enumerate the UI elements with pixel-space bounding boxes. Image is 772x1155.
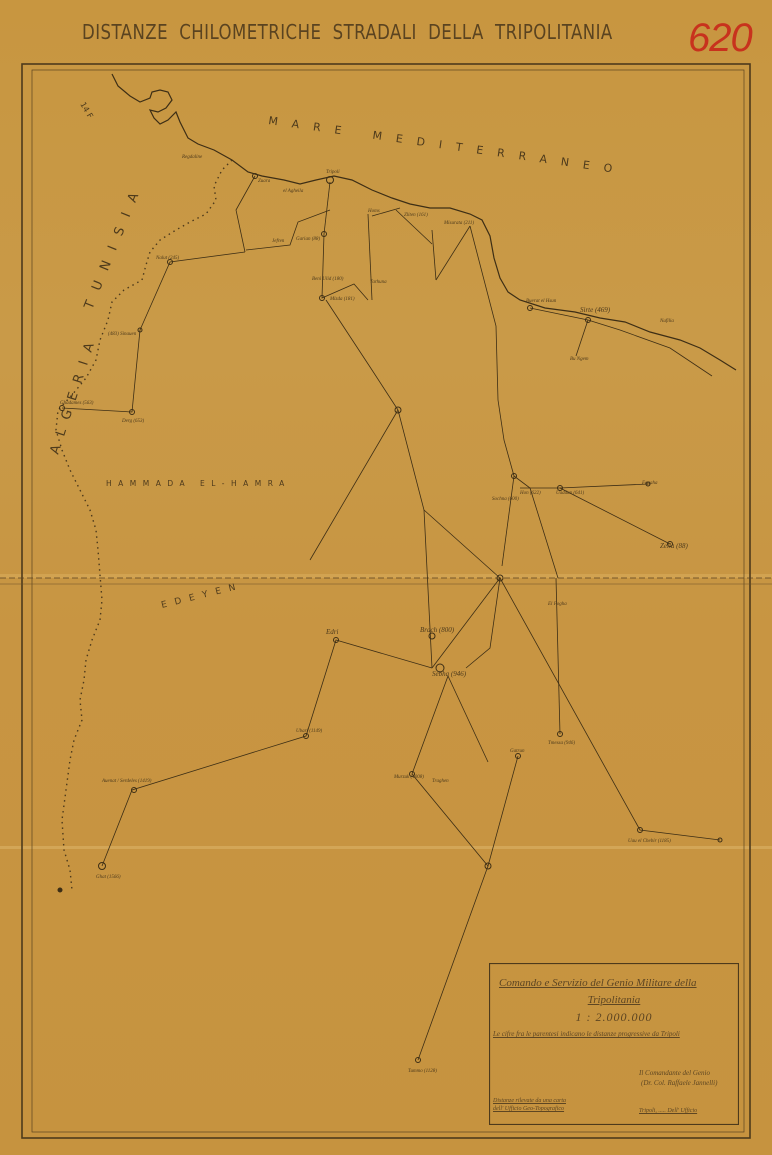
svg-text:Nufilia: Nufilia (659, 319, 674, 324)
svg-text:Regdaline: Regdaline (181, 155, 203, 160)
svg-text:Derg (653): Derg (653) (121, 419, 145, 424)
legend-scale: 1 : 2.000.000 (489, 1010, 739, 1025)
svg-text:Gatrun: Gatrun (510, 749, 525, 754)
legend-authority: Comando e Servizio del Genio Militare de… (499, 977, 697, 989)
svg-text:Sebha (946): Sebha (946) (432, 670, 467, 678)
svg-text:Jefren: Jefren (272, 239, 285, 244)
coastline (112, 74, 736, 370)
svg-text:Traghen: Traghen (432, 779, 449, 784)
plateau-label: HAMMADA EL-HAMRA (106, 479, 291, 488)
svg-text:Garian (88): Garian (88) (296, 237, 320, 242)
svg-text:Murzuk (1008): Murzuk (1008) (393, 775, 424, 780)
sand-sea-label: EDEYEN (160, 581, 244, 611)
margin-note: 14 F (78, 101, 95, 121)
svg-text:(483) Sinauen: (483) Sinauen (108, 332, 137, 337)
svg-text:Sochna (600): Sochna (600) (492, 497, 519, 502)
legend-place-date: Tripoli, ..... Dell' Ufficio (639, 1108, 697, 1114)
svg-text:Ubari (1149): Ubari (1149) (296, 729, 322, 734)
road-network (62, 176, 720, 1060)
svg-text:Bu Ngem: Bu Ngem (570, 357, 589, 362)
svg-text:Tarhuna: Tarhuna (370, 280, 387, 285)
svg-text:Tmessa (946): Tmessa (946) (548, 741, 575, 746)
svg-text:Auenat / Serdeles (1419): Auenat / Serdeles (1419) (101, 779, 152, 784)
sea-label: MARE MEDITERRANEO (268, 114, 627, 177)
legend-source-1: Distanze rilevate da una carta (493, 1098, 566, 1104)
svg-text:Ghat (1566): Ghat (1566) (96, 875, 121, 880)
svg-text:El Fogha: El Fogha (547, 602, 567, 607)
place-markers (58, 174, 722, 1063)
svg-text:Sirte (469): Sirte (469) (580, 306, 611, 314)
place-labels: Tripoli Zuara el Agheila Regdaline Garia… (60, 155, 688, 1074)
legend-box: Comando e Servizio del Genio Militare de… (489, 963, 739, 1125)
country-label-tunisia: TUNISIA (81, 180, 146, 313)
svg-text:Uau el Chebir (1185): Uau el Chebir (1185) (628, 839, 671, 844)
svg-text:Tummo (1128): Tummo (1128) (408, 1069, 437, 1074)
svg-text:Mizda (181): Mizda (181) (329, 297, 355, 302)
svg-text:Hon (622): Hon (622) (519, 491, 541, 496)
svg-text:Zella (88): Zella (88) (660, 542, 688, 550)
svg-text:Fogaha: Fogaha (641, 481, 658, 486)
legend-signatory-name: (Dr. Col. Raffaele Jannelli) (641, 1079, 717, 1087)
svg-text:Brach (800): Brach (800) (420, 626, 455, 634)
svg-text:Zliten (161): Zliten (161) (404, 213, 428, 218)
svg-text:Misurata (211): Misurata (211) (443, 221, 474, 226)
svg-text:Zuara: Zuara (258, 179, 271, 184)
svg-text:Tripoli: Tripoli (326, 170, 340, 175)
legend-signatory-title: Il Comandante del Genio (639, 1069, 710, 1077)
svg-text:Nalut (245): Nalut (245) (155, 256, 180, 261)
svg-text:Uaddan (641): Uaddan (641) (556, 491, 585, 496)
svg-text:Ghadames (563): Ghadames (563) (60, 401, 94, 406)
country-label-algeria: ALGERIA (48, 332, 101, 457)
svg-text:Edri: Edri (325, 628, 339, 636)
svg-text:Homs: Homs (367, 209, 380, 214)
svg-text:el Agheila: el Agheila (283, 189, 304, 194)
legend-note: Le cifre fra le parentesi indicano le di… (493, 1030, 680, 1038)
legend-source-2: dell' Ufficio Geo-Topografico (493, 1106, 564, 1112)
legend-region: Tripolitania (489, 994, 739, 1006)
svg-text:Buerat el Hsun: Buerat el Hsun (526, 299, 557, 304)
svg-text:Beni Ulid (180): Beni Ulid (180) (312, 277, 344, 282)
